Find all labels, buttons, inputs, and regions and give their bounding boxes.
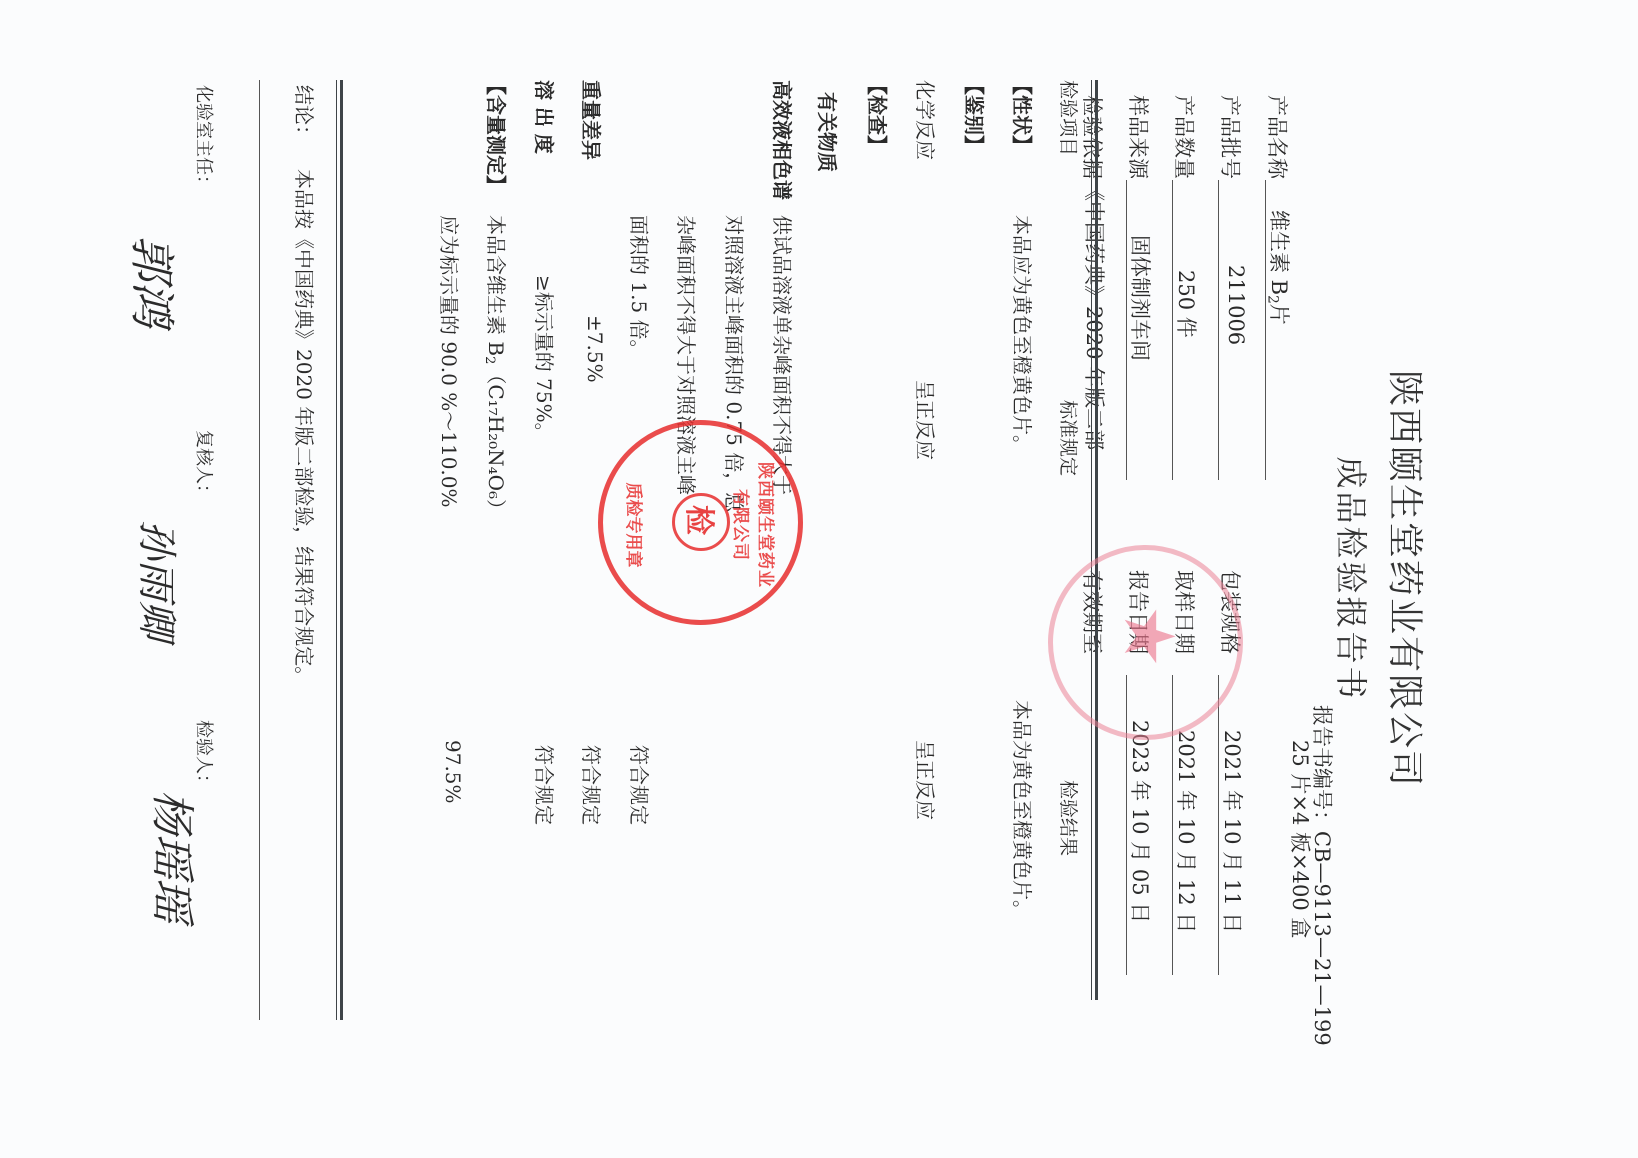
conclusion-label: 结论：: [292, 85, 316, 145]
batch-value: 211006: [1224, 265, 1248, 345]
seal-bottom-text: 质检专用章: [623, 470, 648, 580]
inspector-signature: 杨瑶瑶: [144, 790, 208, 922]
seal-ring-text: 陕西颐生堂药业有限公司: [730, 455, 780, 595]
weight-variation-item: 重量差异: [578, 80, 607, 160]
dissolution-standard: ≥标示量的 75%。: [531, 275, 560, 443]
inspection-report-page: 陕西颐生堂药业有限公司 成品检验报告书 报告书编号：CB—9113—21—199…: [0, 0, 1638, 1158]
lab-director-label: 化验室主任：: [192, 85, 218, 193]
star-icon: ★: [1108, 605, 1190, 668]
dissolution-item: 溶 出 度: [531, 80, 560, 154]
reviewer-label: 复核人：: [192, 430, 218, 502]
assay-standard-line1: 本品含维生素 B2（C₁₇H₂₀N₄O₆）: [482, 215, 512, 519]
col-header-standard: 标准规定: [1056, 400, 1083, 476]
assay-standard-line2: 应为标示量的 90.0 %～110.0%: [436, 215, 465, 508]
inspector-label: 检验人：: [192, 720, 218, 792]
section-identification: 【鉴别】: [961, 75, 990, 155]
col-header-item: 检验项目: [1056, 80, 1083, 156]
faded-seal-stamp: ★: [1048, 545, 1243, 740]
col-header-result: 检验结果: [1056, 780, 1083, 856]
hplc-item: 高效液相色谱: [769, 80, 798, 200]
underline: [1126, 180, 1127, 480]
product-name-value: 维生素 B2片: [1265, 210, 1295, 325]
hplc-result: 符合规定: [626, 745, 655, 825]
conclusion-text: 本品按《中国药典》2020 年版二部检验，结果符合规定。: [292, 169, 316, 686]
product-name-label: 产品名称: [1263, 95, 1293, 179]
conclusion: 结论：本品按《中国药典》2020 年版二部检验，结果符合规定。: [291, 85, 320, 686]
valid-until-value: 2023 年 10 月 05 日: [1126, 720, 1156, 923]
seal-center-char: 检: [680, 505, 724, 535]
company-name: 陕西颐生堂药业有限公司: [1382, 0, 1433, 1158]
chem-reaction-standard: 呈正反应: [912, 380, 941, 460]
properties-result: 本品为黄色至橙黄色片。: [1009, 700, 1038, 920]
lab-director-signature: 郭鸿: [122, 235, 188, 327]
section-inspection: 【检查】: [864, 75, 893, 155]
footer-double-rule: [336, 80, 343, 1020]
source-label: 样品来源: [1124, 95, 1154, 179]
footer-rule: [259, 80, 260, 1020]
package-value: 25 片×4 板×400 盒: [1286, 740, 1316, 938]
weight-variation-standard: ±7.5%: [583, 315, 607, 383]
sampling-date-value: 2021 年 10 月 11 日: [1218, 730, 1248, 933]
assay-result: 97.5%: [441, 740, 465, 804]
underline: [1265, 180, 1266, 480]
related-substances-item: 有关物质: [814, 92, 843, 172]
qc-seal-stamp: 检 陕西颐生堂药业有限公司 质检专用章: [598, 420, 803, 625]
underline: [1218, 180, 1219, 480]
dissolution-result: 符合规定: [531, 745, 560, 825]
header-double-rule: [1091, 80, 1098, 1000]
hplc-standard-line: 面积的 1.5 倍。: [626, 215, 655, 360]
quantity-label: 产品数量: [1170, 95, 1200, 179]
underline: [1172, 180, 1173, 480]
weight-variation-result: 符合规定: [578, 745, 607, 825]
reviewer-signature: 孙雨卿: [131, 520, 188, 640]
source-value: 固体制剂车间: [1126, 235, 1156, 361]
section-assay: 【含量测定】: [483, 75, 512, 195]
section-properties: 【性状】: [1009, 75, 1038, 155]
chem-reaction-item: 化学反应: [912, 80, 941, 160]
properties-standard: 本品应为黄色至橙黄色片。: [1009, 215, 1038, 455]
batch-label: 产品批号: [1216, 95, 1246, 179]
report-date-value: 2021 年 10 月 12 日: [1172, 730, 1202, 933]
quantity-value: 250 件: [1172, 270, 1202, 338]
chem-reaction-result: 呈正反应: [912, 740, 941, 820]
